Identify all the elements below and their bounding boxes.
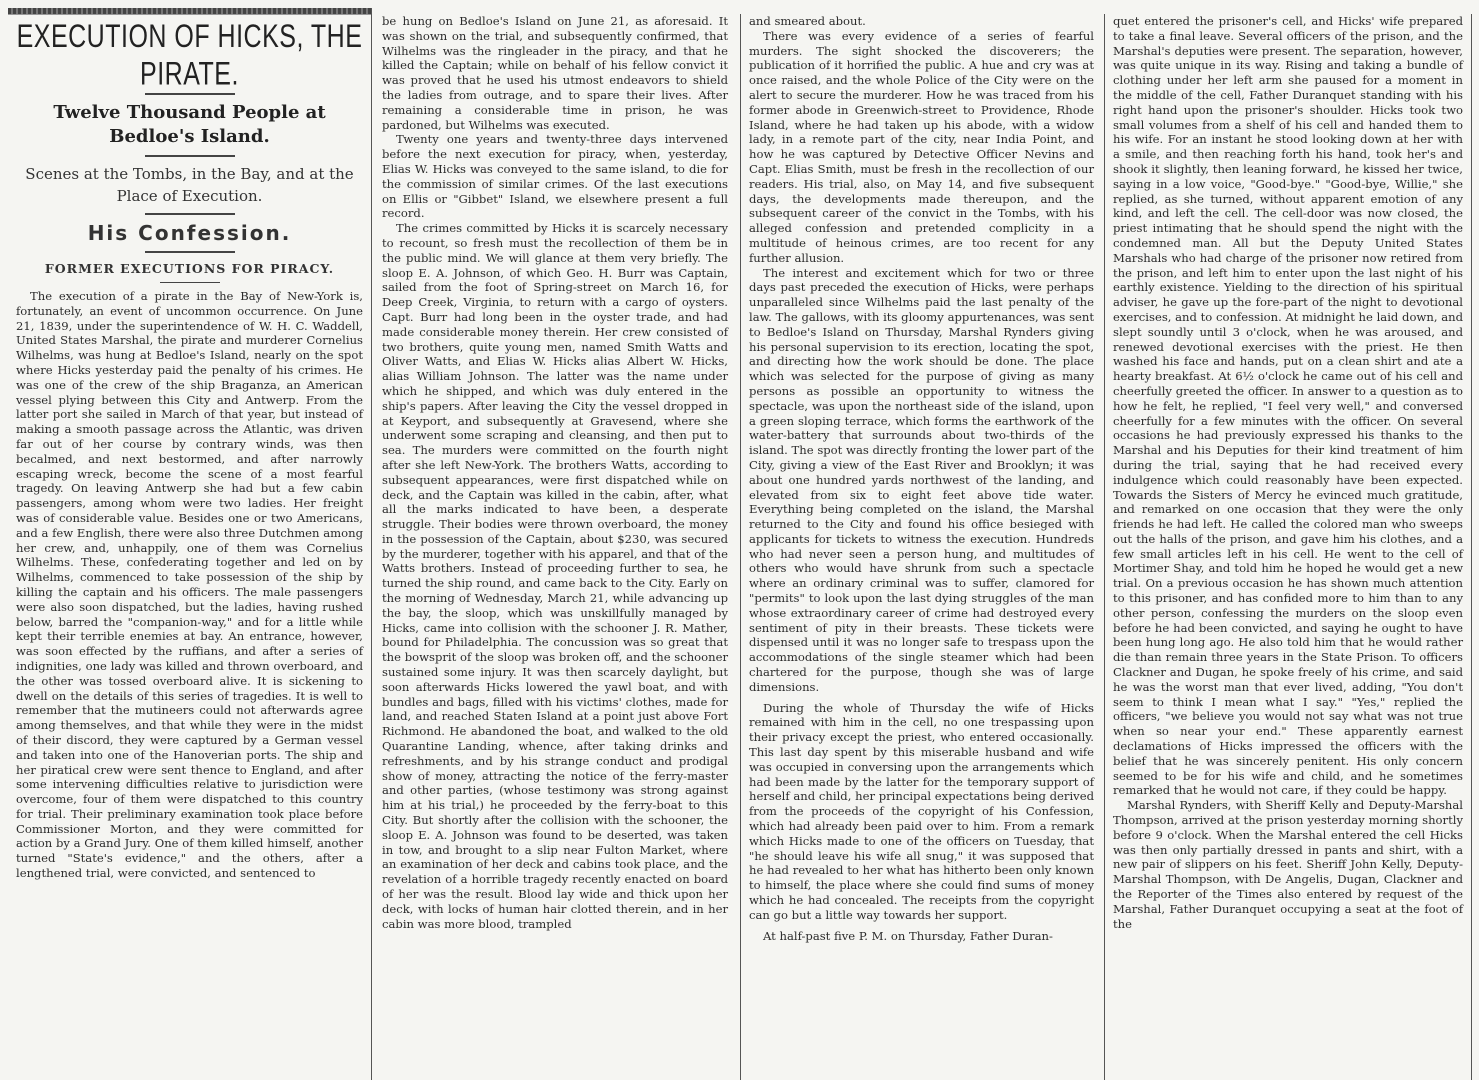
divider — [145, 213, 235, 215]
paragraph: The execution of a pirate in the Bay of … — [16, 289, 363, 881]
subheadline-confession: His Confession. — [16, 221, 363, 245]
paragraph: The interest and excitement which for tw… — [749, 266, 1094, 695]
paragraph: and smeared about. — [749, 14, 1094, 29]
column-2: be hung on Bedloe's Island on June 21, a… — [374, 14, 736, 1080]
masthead-rule — [8, 8, 371, 15]
paragraph: quet entered the prisoner's cell, and Hi… — [1113, 14, 1463, 798]
paragraph: be hung on Bedloe's Island on June 21, a… — [382, 14, 728, 132]
paragraph: Marshal Rynders, with Sheriff Kelly and … — [1113, 798, 1463, 931]
divider — [160, 282, 220, 283]
subheadline-crowd: Twelve Thousand People at Bedloe's Islan… — [16, 101, 363, 149]
newspaper-page: EXECUTION OF HICKS, THE PIRATE. Twelve T… — [0, 0, 1479, 1080]
paragraph: At half-past five P. M. on Thursday, Fat… — [749, 929, 1094, 944]
section-heading-former-executions: FORMER EXECUTIONS FOR PIRACY. — [16, 261, 363, 276]
column-1: EXECUTION OF HICKS, THE PIRATE. Twelve T… — [8, 8, 372, 1080]
column-3: and smeared about. There was every evide… — [740, 14, 1102, 1080]
paragraph: The crimes committed by Hicks it is scar… — [382, 221, 728, 931]
divider — [145, 155, 235, 157]
paragraph: Twenty one years and twenty-three days i… — [382, 132, 728, 221]
column-4: quet entered the prisoner's cell, and Hi… — [1104, 14, 1472, 1080]
paragraph: There was every evidence of a series of … — [749, 29, 1094, 266]
article-headline: EXECUTION OF HICKS, THE PIRATE. — [16, 18, 363, 93]
paragraph: During the whole of Thursday the wife of… — [749, 701, 1094, 923]
subheadline-scenes: Scenes at the Tombs, in the Bay, and at … — [16, 163, 363, 207]
divider — [145, 251, 235, 253]
